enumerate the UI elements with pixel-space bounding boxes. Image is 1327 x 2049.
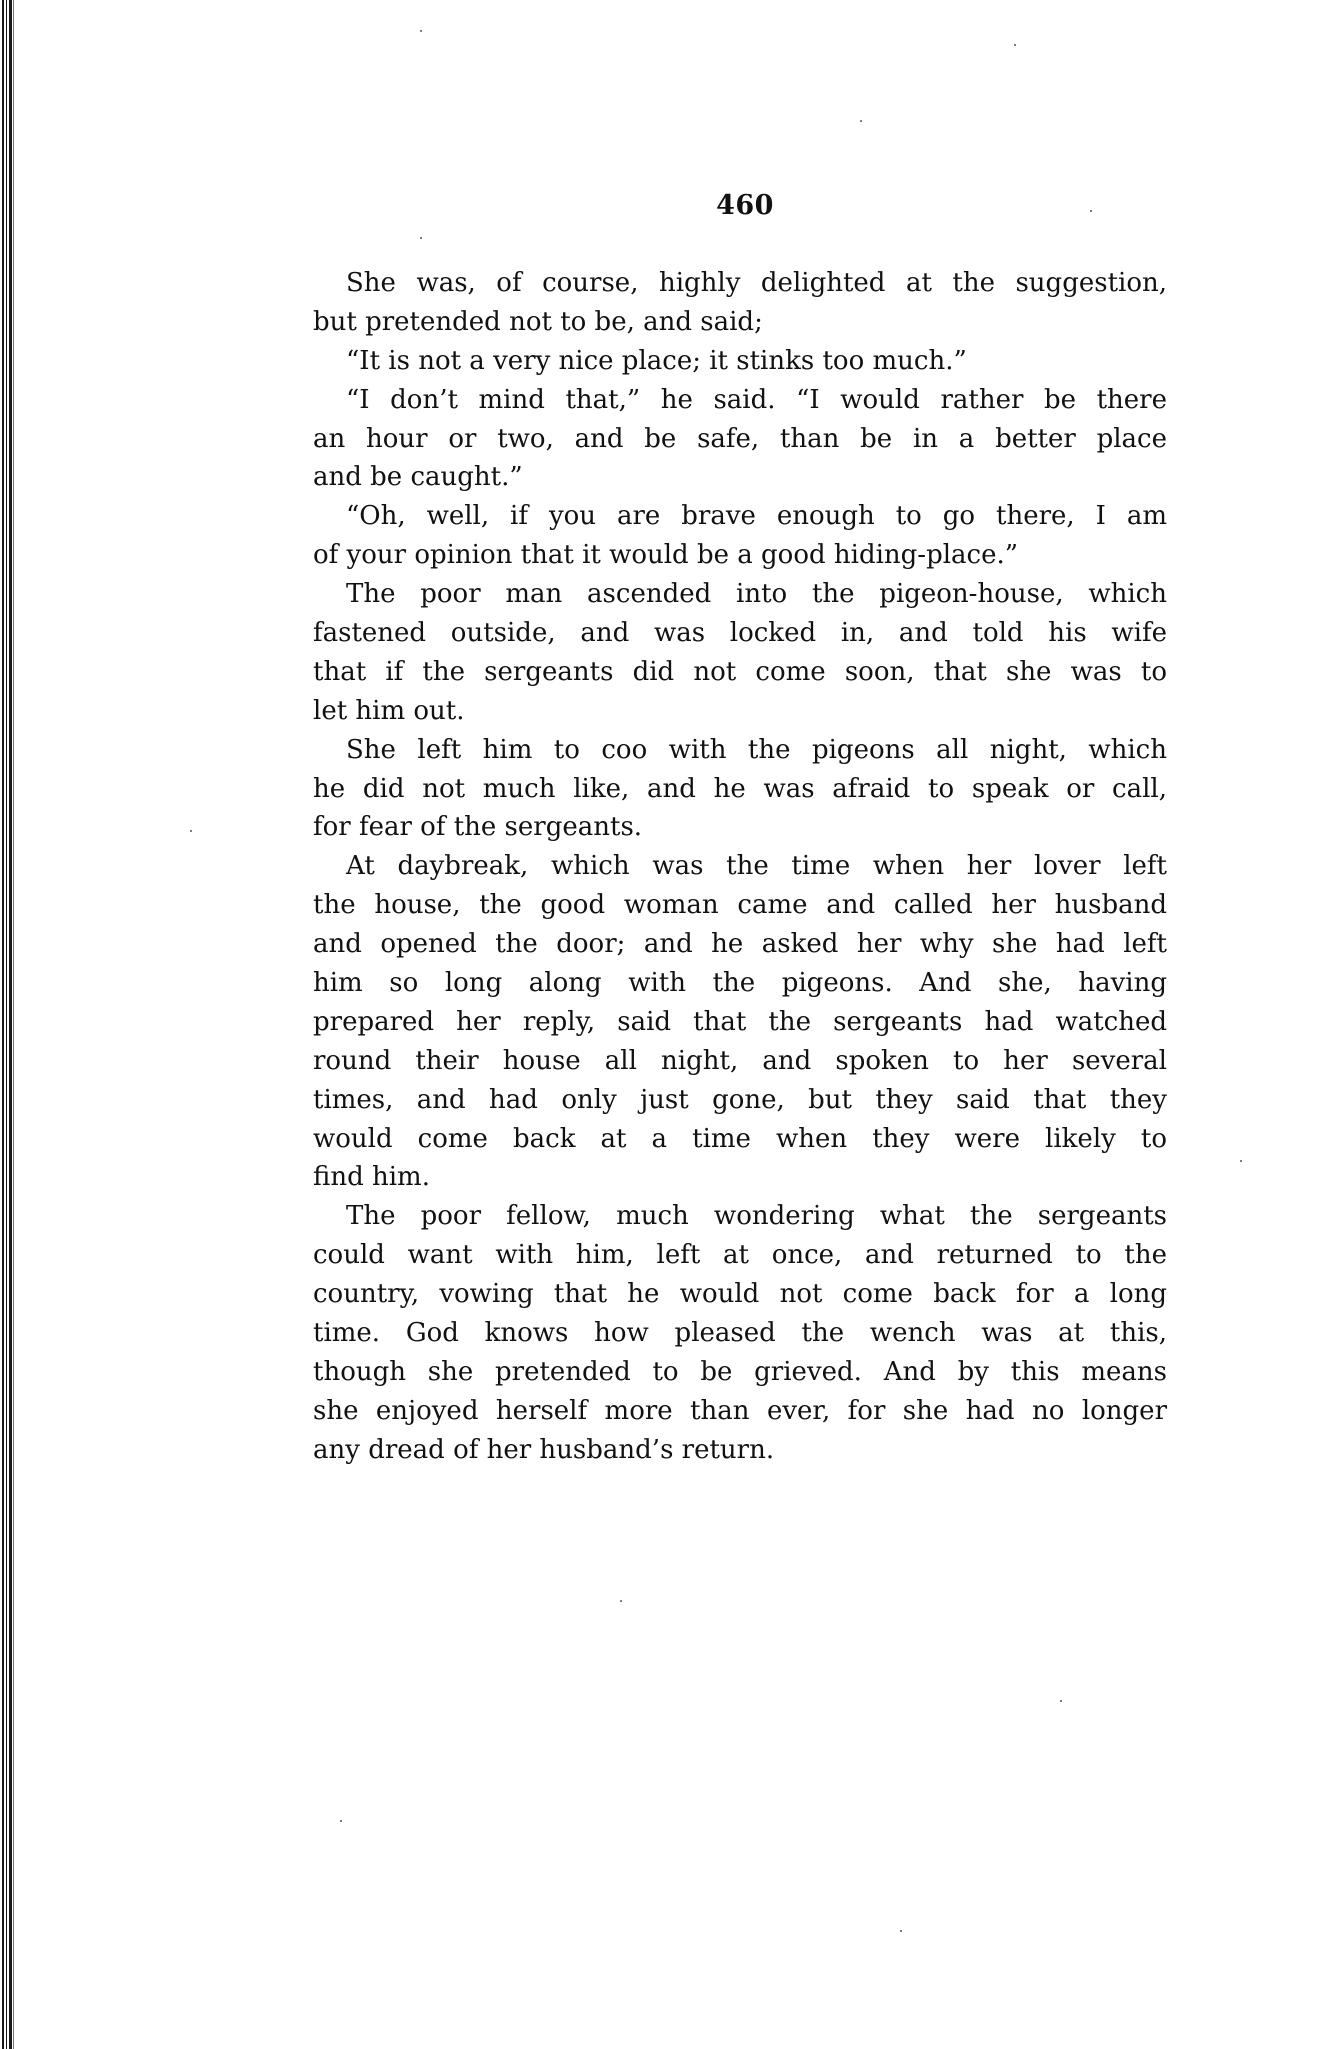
text-line: though she pretended to be grieved. And … [313,1353,1167,1392]
paragraph: “I don’t mind that,” he said. “I would r… [313,381,1167,498]
paragraph: “It is not a very nice place; it stinks … [313,342,1167,381]
text-line: She left him to coo with the pigeons all… [313,731,1167,770]
page-number: 460 [0,190,1327,221]
text-line: At daybreak, which was the time when her… [313,847,1167,886]
paragraph: The poor man ascended into the pigeon-ho… [313,575,1167,731]
text-line: She was, of course, highly delighted at … [313,264,1167,303]
text-line: The poor fellow, much wondering what the… [313,1197,1167,1236]
text-line: and be caught.” [313,458,1167,497]
text-line: “It is not a very nice place; it stinks … [313,342,1167,381]
text-line: “Oh, well, if you are brave enough to go… [313,497,1167,536]
text-line: him so long along with the pigeons. And … [313,964,1167,1003]
paragraph: At daybreak, which was the time when her… [313,847,1167,1197]
scan-line [9,0,12,2049]
text-line: the house, the good woman came and calle… [313,886,1167,925]
text-line: round their house all night, and spoken … [313,1042,1167,1081]
text-line: The poor man ascended into the pigeon-ho… [313,575,1167,614]
text-line: but pretended not to be, and said; [313,303,1167,342]
text-line: could want with him, left at once, and r… [313,1236,1167,1275]
text-line: and opened the door; and he asked her wh… [313,925,1167,964]
paragraph: She was, of course, highly delighted at … [313,264,1167,342]
text-line: fastened outside, and was locked in, and… [313,614,1167,653]
text-line: country, vowing that he would not come b… [313,1275,1167,1314]
text-line: times, and had only just gone, but they … [313,1081,1167,1120]
paragraph: “Oh, well, if you are brave enough to go… [313,497,1167,575]
text-line: of your opinion that it would be a good … [313,536,1167,575]
text-line: prepared her reply, said that the sergea… [313,1003,1167,1042]
text-line: time. God knows how pleased the wench wa… [313,1314,1167,1353]
scan-edge-artifact [0,0,16,2049]
text-line: that if the sergeants did not come soon,… [313,653,1167,692]
text-line: an hour or two, and be safe, than be in … [313,420,1167,459]
body-text: She was, of course, highly delighted at … [313,264,1167,1470]
text-line: for fear of the sergeants. [313,808,1167,847]
paragraph: The poor fellow, much wondering what the… [313,1197,1167,1469]
scan-line [13,0,14,2049]
text-line: any dread of her husband’s return. [313,1431,1167,1470]
scan-line [6,0,7,2049]
text-line: would come back at a time when they were… [313,1120,1167,1159]
scan-line [2,0,4,2049]
paragraph: She left him to coo with the pigeons all… [313,731,1167,848]
text-line: find him. [313,1158,1167,1197]
text-line: let him out. [313,692,1167,731]
text-line: “I don’t mind that,” he said. “I would r… [313,381,1167,420]
text-line: he did not much like, and he was afraid … [313,770,1167,809]
text-line: she enjoyed herself more than ever, for … [313,1392,1167,1431]
